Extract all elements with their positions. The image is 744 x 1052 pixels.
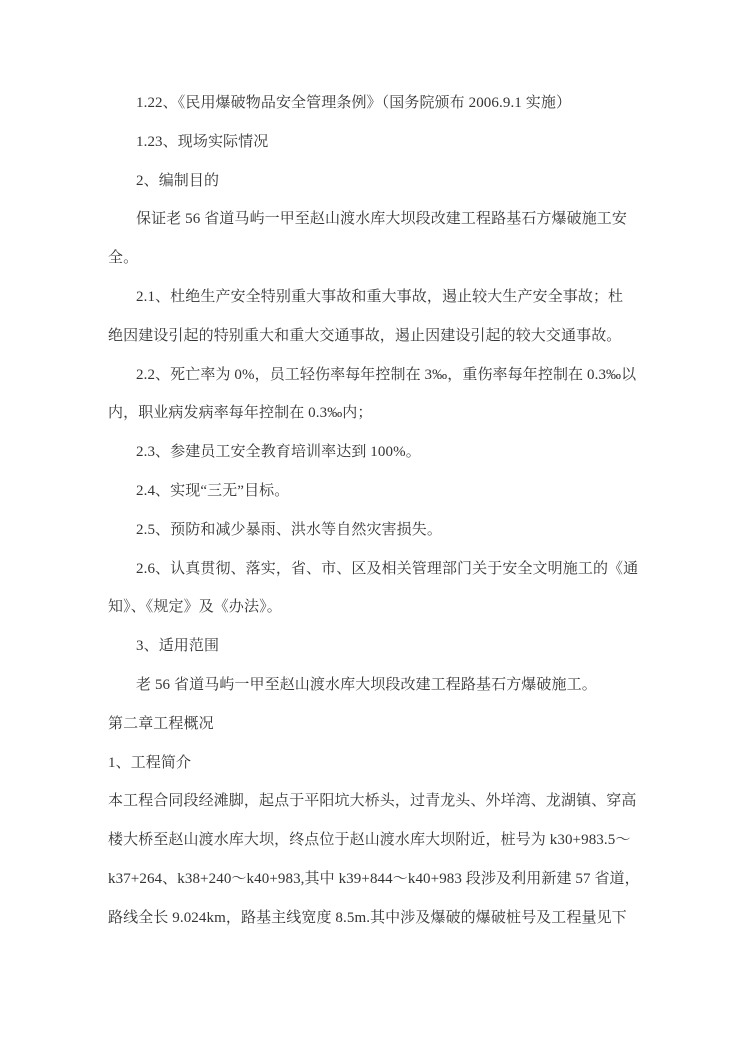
doc-line-regulation-1-22: 1.22、《民用爆破物品安全管理条例》（国务院颁布 2006.9.1 实施） bbox=[108, 84, 640, 123]
doc-line: 本工程合同段经滩脚，起点于平阳坑大桥头，过青龙头、外垟湾、龙湖镇、穿高 bbox=[108, 782, 640, 821]
doc-line: 绝因建设引起的特别重大和重大交通事故，遏止因建设引起的较大交通事故。 bbox=[108, 317, 640, 356]
doc-heading-chapter-2: 第二章工程概况 bbox=[108, 705, 640, 744]
doc-line-item-2-6: 2.6、认真贯彻、落实，省、市、区及相关管理部门关于安全文明施工的《通 bbox=[108, 550, 640, 589]
doc-heading-scope: 3、适用范围 bbox=[108, 627, 640, 666]
doc-line-item-2-3: 2.3、参建员工安全教育培训率达到 100%。 bbox=[108, 433, 640, 472]
doc-heading-project-intro: 1、工程简介 bbox=[108, 744, 640, 783]
doc-line-item-2-2: 2.2、死亡率为 0%，员工轻伤率每年控制在 3‰，重伤率每年控制在 0.3‰以 bbox=[108, 356, 640, 395]
doc-line: 全。 bbox=[108, 239, 640, 278]
doc-line: 知》、《规定》及《办法》。 bbox=[108, 588, 640, 627]
document-page: 1.22、《民用爆破物品安全管理条例》（国务院颁布 2006.9.1 实施） 1… bbox=[0, 0, 744, 1052]
doc-line-item-2-4: 2.4、实现“三无”目标。 bbox=[108, 472, 640, 511]
doc-line-item-2-1: 2.1、杜绝生产安全特别重大事故和重大事故，遏止较大生产安全事故；杜 bbox=[108, 278, 640, 317]
document-body: 1.22、《民用爆破物品安全管理条例》（国务院颁布 2006.9.1 实施） 1… bbox=[108, 84, 640, 938]
doc-line-item-2-5: 2.5、预防和减少暴雨、洪水等自然灾害损失。 bbox=[108, 511, 640, 550]
doc-line: 老 56 省道马屿一甲至赵山渡水库大坝段改建工程路基石方爆破施工。 bbox=[108, 666, 640, 705]
doc-line: 内，职业病发病率每年控制在 0.3‰内； bbox=[108, 394, 640, 433]
doc-line: 楼大桥至赵山渡水库大坝，终点位于赵山渡水库大坝附近，桩号为 k30+983.5～ bbox=[108, 821, 640, 860]
doc-heading-purpose: 2、编制目的 bbox=[108, 162, 640, 201]
doc-line-regulation-1-23: 1.23、现场实际情况 bbox=[108, 123, 640, 162]
doc-line: k37+264、k38+240～k40+983,其中 k39+844～k40+9… bbox=[108, 860, 640, 899]
doc-line: 保证老 56 省道马屿一甲至赵山渡水库大坝段改建工程路基石方爆破施工安 bbox=[108, 200, 640, 239]
doc-line: 路线全长 9.024km，路基主线宽度 8.5m.其中涉及爆破的爆破桩号及工程量… bbox=[108, 899, 640, 938]
